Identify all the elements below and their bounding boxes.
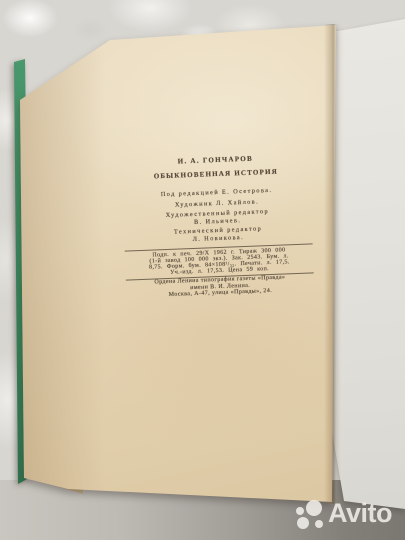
avito-dot-medium <box>297 517 309 529</box>
avito-wordmark: Avito <box>328 498 392 529</box>
printed-text-block: И. А. ГОНЧАРОВ ОБЫКНОВЕННАЯ ИСТОРИЯ Под … <box>109 146 327 314</box>
page-fold-shadow <box>324 24 340 504</box>
avito-dot-large <box>306 500 322 516</box>
avito-dot-small-bottom <box>315 520 323 528</box>
colophon-page: И. А. ГОНЧАРОВ ОБЫКНОВЕННАЯ ИСТОРИЯ Под … <box>0 0 405 540</box>
avito-watermark: Avito <box>296 497 402 539</box>
left-page-wrap: И. А. ГОНЧАРОВ ОБЫКНОВЕННАЯ ИСТОРИЯ Под … <box>0 0 405 540</box>
book-title: ОБЫКНОВЕННАЯ ИСТОРИЯ <box>110 166 322 182</box>
author-name: И. А. ГОНЧАРОВ <box>109 152 321 168</box>
book-photo: И. А. ГОНЧАРОВ ОБЫКНОВЕННАЯ ИСТОРИЯ Под … <box>0 0 405 540</box>
avito-logo-icon <box>296 500 326 534</box>
page-gutter-shadow <box>20 40 105 490</box>
avito-dot-small-top <box>296 507 304 515</box>
